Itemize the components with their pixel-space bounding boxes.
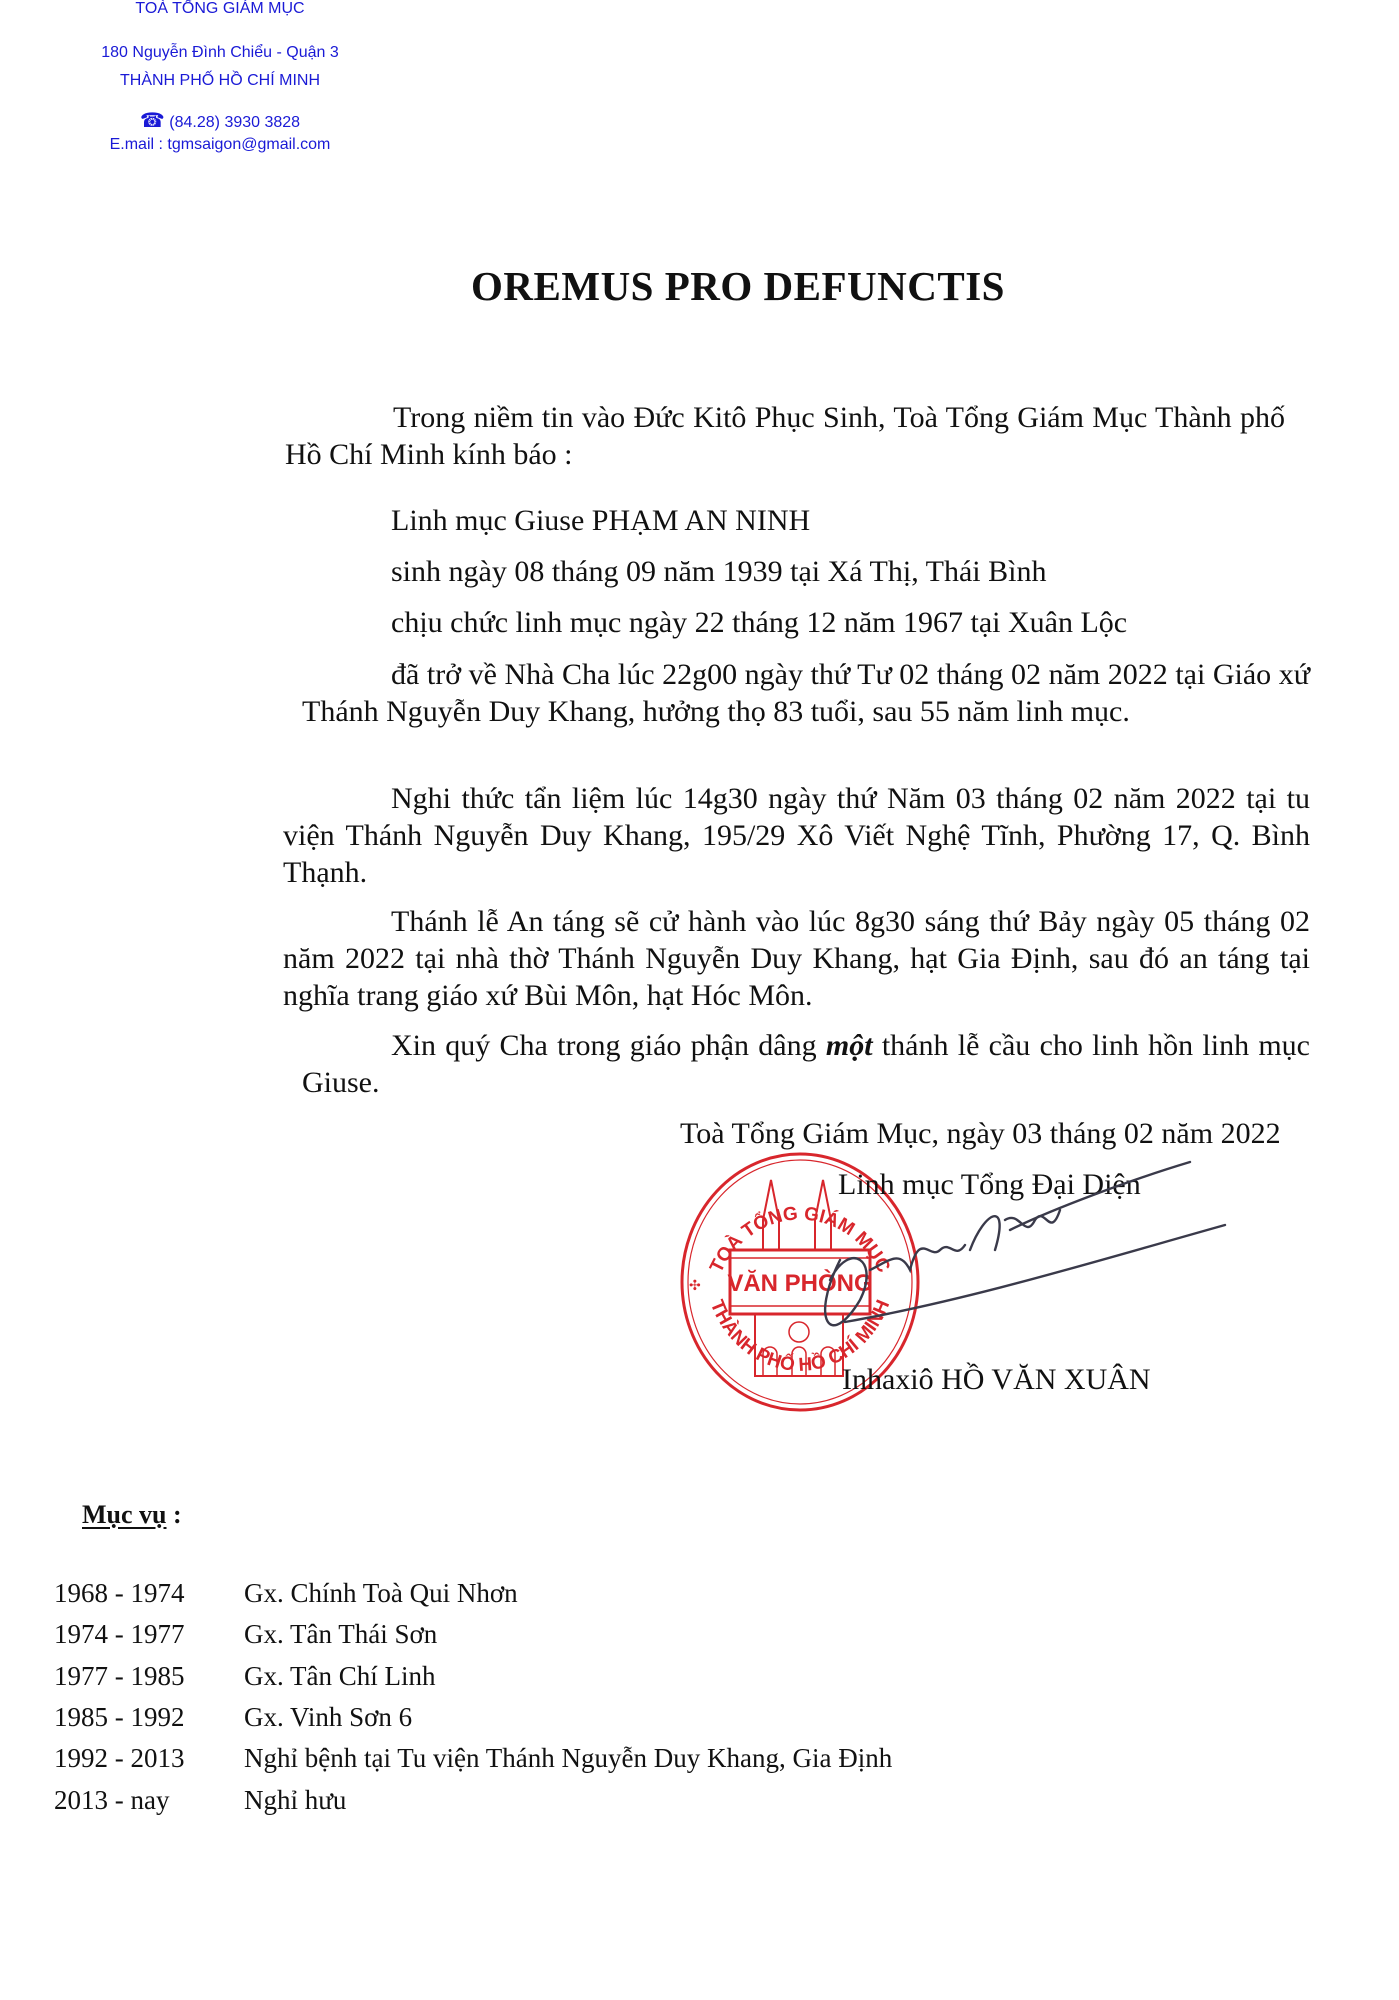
mass-request-text-before: Xin quý Cha trong giáo phận dâng: [391, 1029, 826, 1062]
ministry-years: 1968 - 1974: [54, 1578, 244, 1609]
death-paragraph: đã trở về Nhà Cha lúc 22g00 ngày thứ Tư …: [302, 656, 1310, 730]
encoffin-paragraph: Nghi thức tẩn liệm lúc 14g30 ngày thứ Nă…: [283, 780, 1310, 891]
ministry-place: Gx. Chính Toà Qui Nhơn: [244, 1578, 518, 1608]
svg-text:✣: ✣: [689, 1278, 701, 1294]
ministry-heading: Mục vụ :: [82, 1500, 182, 1530]
birth-line: sinh ngày 08 tháng 09 năm 1939 tại Xá Th…: [391, 553, 1047, 590]
ministry-row: 2013 - nayNghỉ hưu: [54, 1785, 346, 1816]
ministry-place: Nghỉ hưu: [244, 1785, 346, 1815]
letterhead-phone: ☎ (84.28) 3930 3828: [0, 108, 440, 133]
ordination-line: chịu chức linh mục ngày 22 tháng 12 năm …: [391, 604, 1127, 641]
funeral-paragraph: Thánh lễ An táng sẽ cử hành vào lúc 8g30…: [283, 903, 1310, 1014]
handwritten-signature-icon: [770, 1150, 1270, 1350]
ministry-place: Nghỉ bệnh tại Tu viện Thánh Nguyễn Duy K…: [244, 1743, 892, 1773]
ministry-years: 1974 - 1977: [54, 1619, 244, 1650]
mass-request-paragraph: Xin quý Cha trong giáo phận dâng một thá…: [302, 1027, 1310, 1101]
ministry-row: 1974 - 1977Gx. Tân Thái Sơn: [54, 1619, 437, 1650]
signatory-name: Inhaxiô HỒ VĂN XUÂN: [842, 1363, 1151, 1397]
ministry-row: 1977 - 1985Gx. Tân Chí Linh: [54, 1661, 436, 1692]
mass-request-emphasis: một: [826, 1029, 873, 1062]
letterhead-address-line2: THÀNH PHỐ HỒ CHÍ MINH: [0, 72, 440, 90]
priest-name-line: Linh mục Giuse PHẠM AN NINH: [391, 502, 810, 539]
ministry-place: Gx. Tân Chí Linh: [244, 1661, 436, 1691]
letterhead-email: E.mail : tgmsaigon@gmail.com: [0, 136, 440, 154]
letterhead-address-line1: 180 Nguyễn Đình Chiểu - Quận 3: [0, 44, 440, 62]
document-page: TOÀ TỔNG GIÁM MỤC 180 Nguyễn Đình Chiểu …: [0, 0, 1399, 2000]
ministry-row: 1992 - 2013Nghỉ bệnh tại Tu viện Thánh N…: [54, 1743, 892, 1774]
signature-place-date: Toà Tổng Giám Mục, ngày 03 tháng 02 năm …: [680, 1117, 1281, 1151]
ministry-place: Gx. Vinh Sơn 6: [244, 1702, 412, 1732]
intro-paragraph: Trong niềm tin vào Đức Kitô Phục Sinh, T…: [285, 399, 1285, 473]
phone-number: (84.28) 3930 3828: [169, 114, 300, 131]
ministry-years: 1977 - 1985: [54, 1661, 244, 1692]
ministry-row: 1985 - 1992Gx. Vinh Sơn 6: [54, 1702, 412, 1733]
document-title: OREMUS PRO DEFUNCTIS: [0, 262, 1399, 310]
ministry-years: 1992 - 2013: [54, 1743, 244, 1774]
ministry-row: 1968 - 1974Gx. Chính Toà Qui Nhơn: [54, 1578, 518, 1609]
telephone-icon: ☎: [140, 110, 165, 132]
ministry-years: 1985 - 1992: [54, 1702, 244, 1733]
letterhead-organization: TOÀ TỔNG GIÁM MỤC: [0, 0, 440, 18]
ministry-years: 2013 - nay: [54, 1785, 244, 1816]
ministry-place: Gx. Tân Thái Sơn: [244, 1619, 437, 1649]
